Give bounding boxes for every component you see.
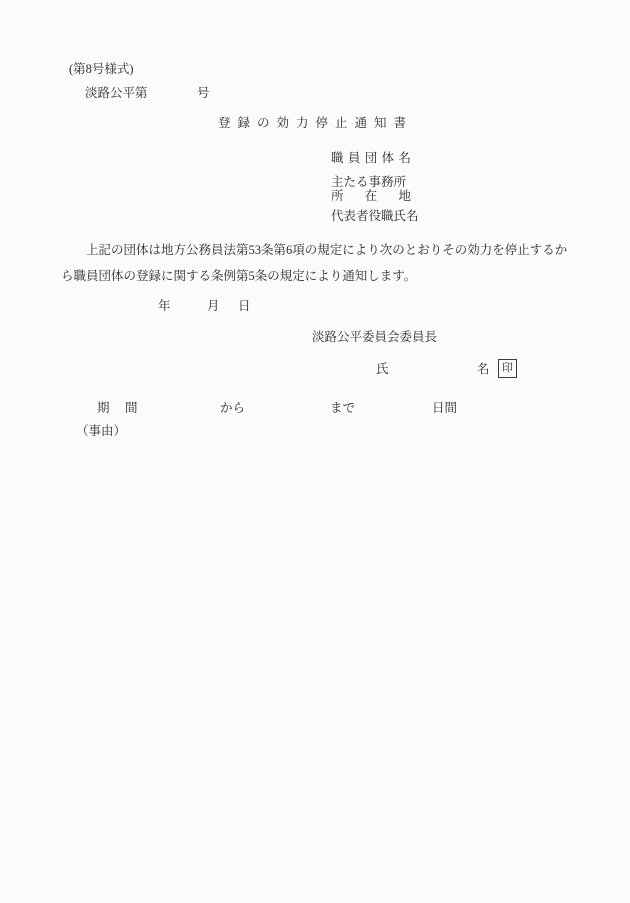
org-name-label: 職 員 団 体 名 xyxy=(331,151,411,165)
main-office-label-line2: 所 在 地 xyxy=(331,189,411,203)
org-name-char: 職 xyxy=(331,151,344,165)
reason-label: （事由） xyxy=(76,424,126,438)
document-page: (第8号様式) 淡路公平第 号 登録の効力停止通知書 職 員 団 体 名 主たる… xyxy=(0,0,630,903)
date-year-label: 年 xyxy=(158,299,171,313)
date-month-label: 月 xyxy=(207,299,220,313)
document-number-suffix: 号 xyxy=(197,86,210,100)
office-location-char: 地 xyxy=(398,189,411,203)
org-name-char: 員 xyxy=(348,151,361,165)
name-label-left: 氏 xyxy=(376,362,389,376)
org-name-char: 団 xyxy=(365,151,378,165)
form-number-label: (第8号様式) xyxy=(69,62,134,76)
office-location-char: 所 xyxy=(331,189,344,203)
seal-placeholder: 印 xyxy=(498,359,517,378)
representative-label: 代表者役職氏名 xyxy=(331,209,419,223)
document-number-prefix: 淡路公平第 xyxy=(85,86,148,100)
period-label-char: 間 xyxy=(125,401,138,415)
period-to-label: まで xyxy=(330,401,355,415)
issuer-title: 淡路公平委員会委員長 xyxy=(312,330,437,344)
name-label-right: 名 xyxy=(477,362,490,376)
period-label-char: 期 xyxy=(97,401,110,415)
period-from-label: から xyxy=(220,401,245,415)
office-location-char: 在 xyxy=(365,189,378,203)
period-days-label: 日間 xyxy=(432,401,457,415)
seal-character: 印 xyxy=(502,363,513,374)
body-paragraph: 上記の団体は地方公務員法第53条第6項の規定により次のとおりその効力を停止するか… xyxy=(61,237,575,289)
main-office-label-line1: 主たる事務所 xyxy=(331,175,406,189)
document-title: 登録の効力停止通知書 xyxy=(218,116,413,130)
date-day-label: 日 xyxy=(238,299,251,313)
org-name-char: 名 xyxy=(398,151,411,165)
org-name-char: 体 xyxy=(382,151,395,165)
